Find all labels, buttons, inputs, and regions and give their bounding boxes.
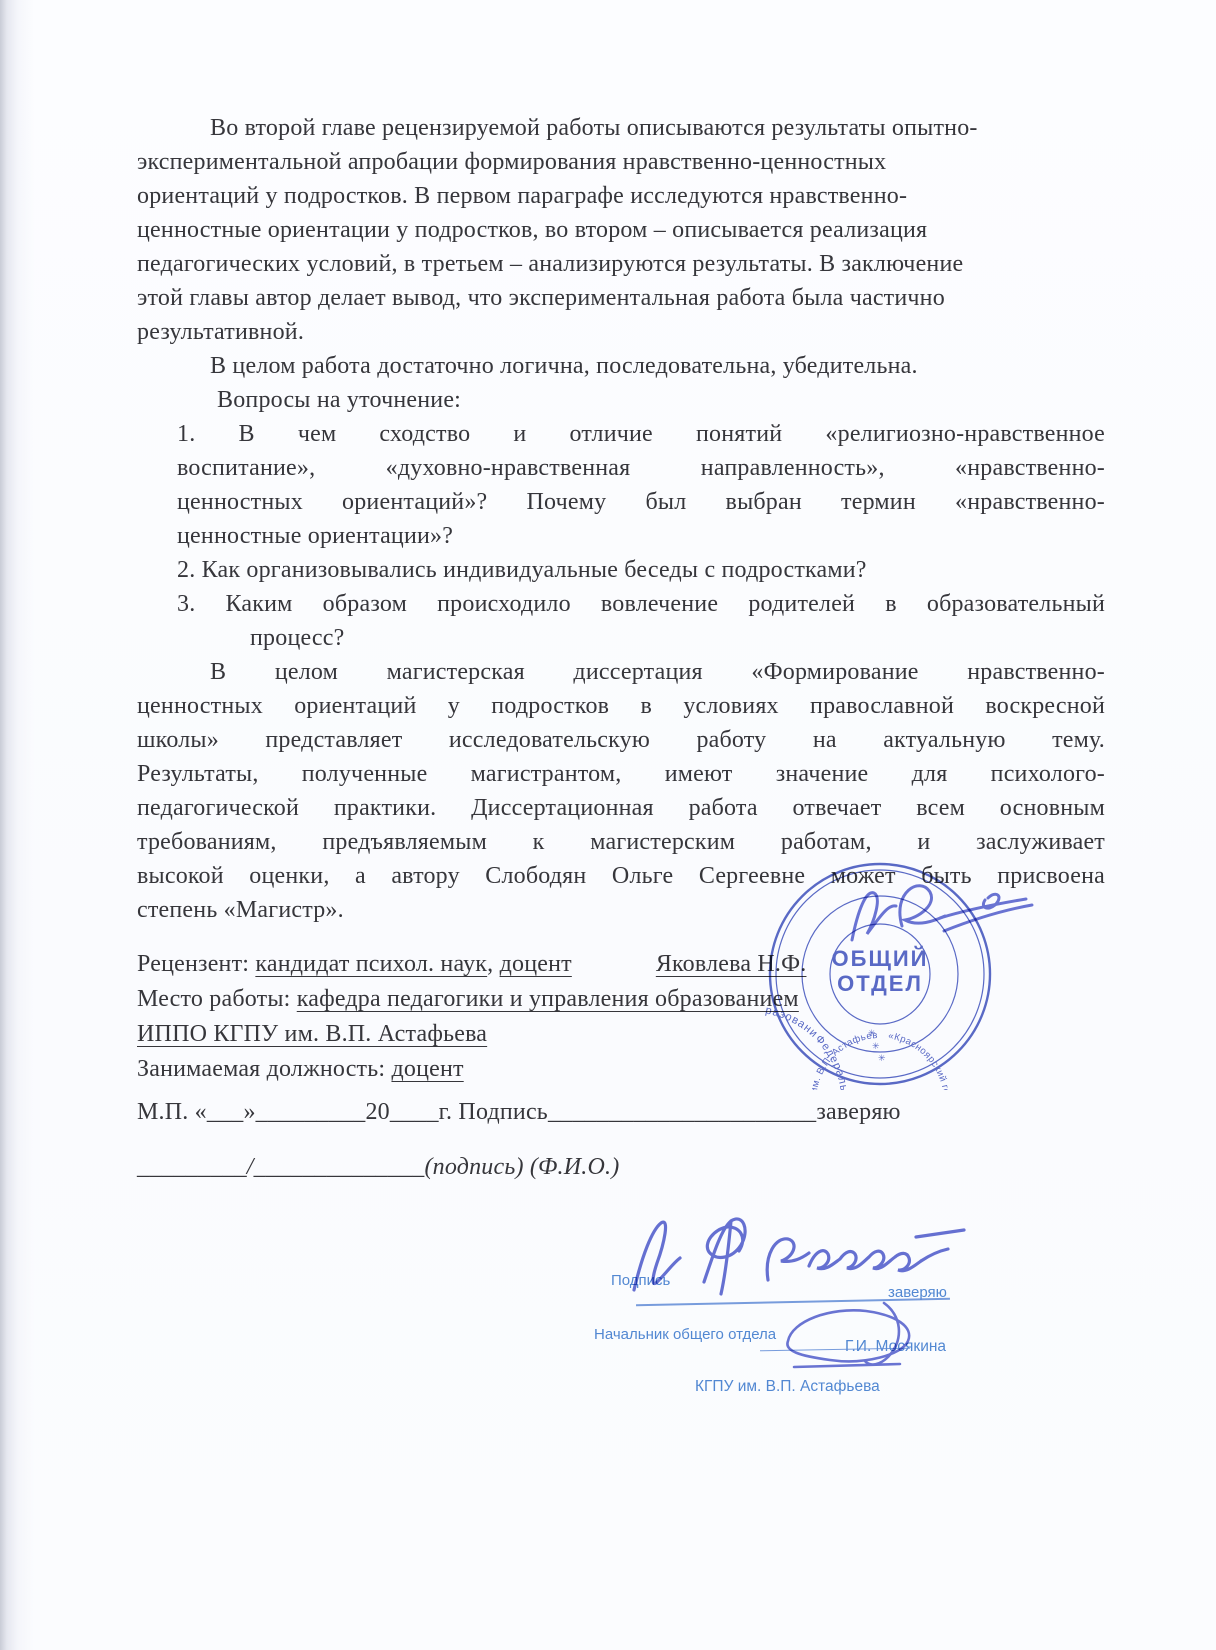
university-name-label: КГПУ им. В.П. Астафьева [695, 1378, 880, 1396]
workplace-label: Место работы: [137, 986, 297, 1012]
reviewer-label: Рецензент: [137, 951, 255, 977]
post-value: доцент [391, 1056, 463, 1082]
text-line: ценностных ориентаций у подростков в усл… [137, 689, 1105, 723]
text-line: воспитание», «духовно-нравственная напра… [177, 451, 1105, 485]
text-line: ценностные ориентации»? [177, 519, 1105, 553]
stamp-asterisk-1: ✳ [868, 1028, 876, 1038]
stamp-asterisk-2: ✳ [872, 1041, 880, 1051]
text-line: этой главы автор делает вывод, что экспе… [137, 281, 1105, 315]
paragraph-conclusion: В целом работа достаточно логична, после… [137, 349, 1105, 383]
text-line: В целом магистерская диссертация «Формир… [137, 655, 1105, 689]
question-item-3: 3. Каким образом происходило вовлечение … [177, 587, 1105, 655]
review-body-text: Во второй главе рецензируемой работы опи… [137, 111, 1105, 927]
text-line: ориентаций у подростков. В первом парагр… [137, 179, 1105, 213]
organization-value: ИППО КГПУ им. В.П. Астафьева [137, 1021, 487, 1047]
text-line: ценностных ориентаций»? Почему был выбра… [177, 485, 1105, 519]
question-item-1: 1. В чем сходство и отличие понятий «рел… [177, 417, 1105, 553]
scanned-review-page: Во второй главе рецензируемой работы опи… [0, 0, 1216, 1650]
text-line: Во второй главе рецензируемой работы опи… [137, 111, 1105, 145]
scan-edge-shadow [0, 0, 34, 1650]
questions-heading: Вопросы на уточнение: [137, 383, 1105, 417]
text-line: экспериментальной апробации формирования… [137, 145, 1105, 179]
reviewer-handwritten-signature [842, 860, 1052, 965]
text-line: ценностные ориентации у подростков, во в… [137, 213, 1105, 247]
text-line: процесс? [177, 621, 1105, 655]
text-line: результативной. [137, 315, 1105, 349]
question-item-2: 2. Как организовывались индивидуальные б… [177, 553, 1105, 587]
paragraph-chapter-two: Во второй главе рецензируемой работы опи… [137, 111, 1105, 349]
text-line: требованиям, предъявляемым к магистерски… [137, 825, 1105, 859]
department-head-label: Начальник общего отдела [594, 1326, 776, 1343]
comma: , [487, 951, 499, 977]
text-line: педагогических условий, в третьем – анал… [137, 247, 1105, 281]
text-line: педагогической практики. Диссертационная… [137, 791, 1105, 825]
text-line: Результаты, полученные магистрантом, име… [137, 757, 1105, 791]
stamp-center-line2: ОТДЕЛ [837, 971, 923, 996]
post-label: Занимаемая должность: [137, 1056, 391, 1082]
text-line: школы» представляет исследовательскую ра… [137, 723, 1105, 757]
reviewer-degree: кандидат психол. наук [255, 951, 487, 977]
stamp-place-line: М.П. «___»_________20____г. Подпись_____… [137, 1099, 1105, 1126]
stamp-asterisk-3: ✳ [878, 1053, 886, 1063]
text-line: 3. Каким образом происходило вовлечение … [177, 587, 1105, 621]
signature-fio-line: _________/______________(подпись) (Ф.И.О… [137, 1154, 1105, 1181]
text-line: 1. В чем сходство и отличие понятий «рел… [177, 417, 1105, 451]
department-head-signature [772, 1297, 924, 1373]
workplace-value: кафедра педагогики и управления образова… [297, 986, 799, 1012]
reviewer-position: доцент [500, 951, 572, 977]
questions-list: 1. В чем сходство и отличие понятий «рел… [137, 417, 1105, 655]
